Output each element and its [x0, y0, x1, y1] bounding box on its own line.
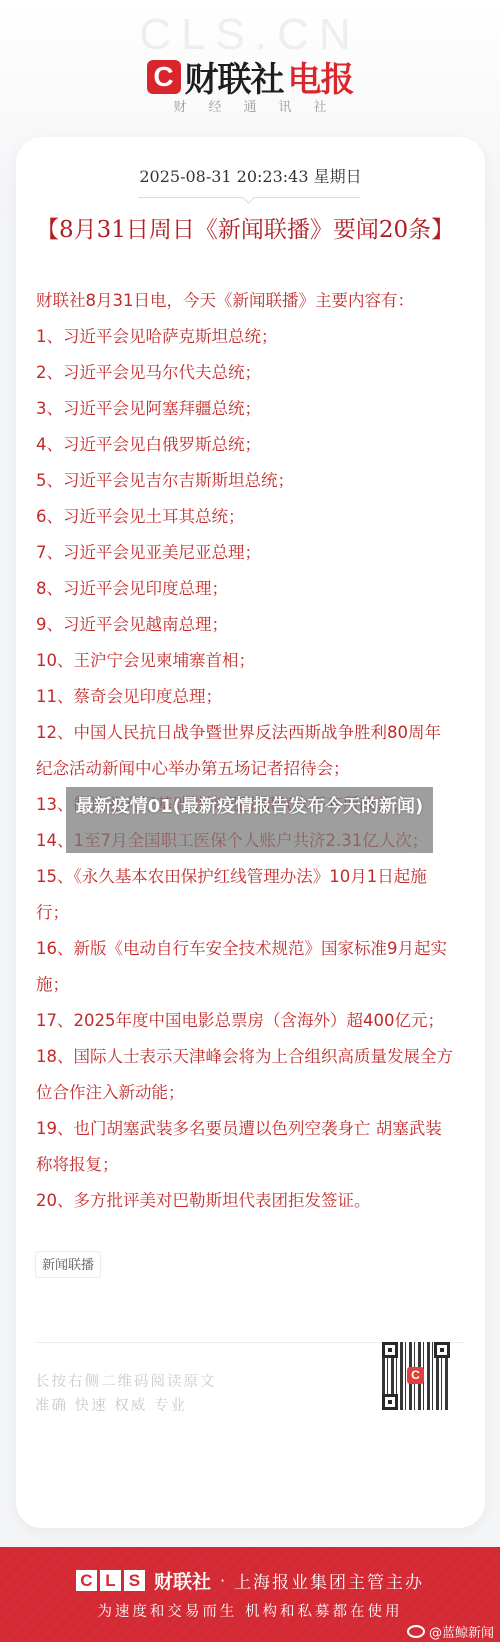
topic-tag[interactable]: 新闻联播 [35, 1251, 101, 1278]
qr-code[interactable]: C [382, 1342, 450, 1410]
weibo-watermark: @蓝鲸新闻 [407, 1622, 494, 1641]
article-headline: 【8月31日周日《新闻联播》要闻20条】 [36, 213, 461, 247]
news-item: 18、国际人士表示天津峰会将为上合组织高质量发展全方位合作注入新动能； [36, 1039, 456, 1111]
qr-logo-icon: C [407, 1367, 424, 1384]
news-item: 19、也门胡塞武装多名要员遭以色列空袭身亡 胡塞武装称将报复； [36, 1111, 456, 1183]
cls-logo-icon: C [147, 60, 181, 94]
news-item: 9、习近平会见越南总理； [36, 607, 456, 643]
news-item: 16、新版《电动自行车安全技术规范》国家标准9月起实施； [36, 931, 456, 1003]
cls-letter-s: S [124, 1570, 145, 1591]
band-separator: · [220, 1571, 225, 1590]
news-item: 8、习近平会见印度总理； [36, 571, 456, 607]
band-sponsor: 上海报业集团主管主办 [234, 1568, 424, 1593]
brand-product: 电报 [288, 52, 354, 101]
brand-name: 财联社 [185, 52, 284, 101]
qr-instruction: 长按右侧二维码阅读原文 [35, 1370, 217, 1394]
band-brand-name: 财联社 [154, 1567, 211, 1594]
cls-letter-c: C [76, 1570, 97, 1591]
cls-letter-l: L [100, 1570, 121, 1591]
qr-finder-icon [382, 1394, 398, 1410]
brand-subtitle: 财经通讯社 [0, 96, 500, 115]
news-item: 3、习近平会见阿塞拜疆总统； [36, 391, 456, 427]
qr-finder-icon [434, 1342, 450, 1358]
article-datetime: 2025-08-31 20:23:43 星期日 [16, 164, 485, 187]
title-overlay: 最新疫情01(最新疫情报告发布今天的新闻) [66, 787, 433, 853]
news-item: 15、《永久基本农田保护红线管理办法》10月1日起施行； [36, 859, 456, 931]
band-brand-row: C L S 财联社 · 上海报业集团主管主办 [0, 1567, 500, 1594]
news-item: 17、2025年度中国电影总票房（含海外）超400亿元； [36, 1003, 456, 1039]
datetime-caret-icon [242, 191, 255, 204]
qr-finder-icon [382, 1342, 398, 1358]
news-item: 10、王沪宁会见柬埔寨首相； [36, 643, 456, 679]
news-item: 12、中国人民抗日战争暨世界反法西斯战争胜利80周年纪念活动新闻中心举办第五场记… [36, 715, 456, 787]
article-intro: 财联社8月31日电，今天《新闻联播》主要内容有： [36, 283, 456, 319]
news-item: 7、习近平会见亚美尼亚总理； [36, 535, 456, 571]
news-item: 20、多方批评美对巴勒斯坦代表团拒发签证。 [36, 1183, 456, 1219]
qr-caption: 长按右侧二维码阅读原文 准确 快速 权威 专业 [35, 1370, 217, 1418]
article-body: 财联社8月31日电，今天《新闻联播》主要内容有： 1、习近平会见哈萨克斯坦总统；… [36, 283, 456, 1219]
news-item: 4、习近平会见白俄罗斯总统； [36, 427, 456, 463]
news-item: 5、习近平会见吉尔吉斯斯坦总统； [36, 463, 456, 499]
news-item: 2、习近平会见马尔代夫总统； [36, 355, 456, 391]
band-slogan: 为速度和交易而生 机构和私募都在使用 [0, 1600, 500, 1621]
qr-slogan: 准确 快速 权威 专业 [35, 1394, 217, 1418]
footer-band: C L S 财联社 · 上海报业集团主管主办 为速度和交易而生 机构和私募都在使… [0, 1547, 500, 1642]
news-item: 11、蔡奇会见印度总理； [36, 679, 456, 715]
brand-logo: C 财联社 电报 [0, 52, 500, 101]
news-item: 6、习近平会见土耳其总统； [36, 499, 456, 535]
weibo-icon [407, 1625, 425, 1638]
weibo-handle: @蓝鲸新闻 [429, 1622, 494, 1641]
news-item: 1、习近平会见哈萨克斯坦总统； [36, 319, 456, 355]
